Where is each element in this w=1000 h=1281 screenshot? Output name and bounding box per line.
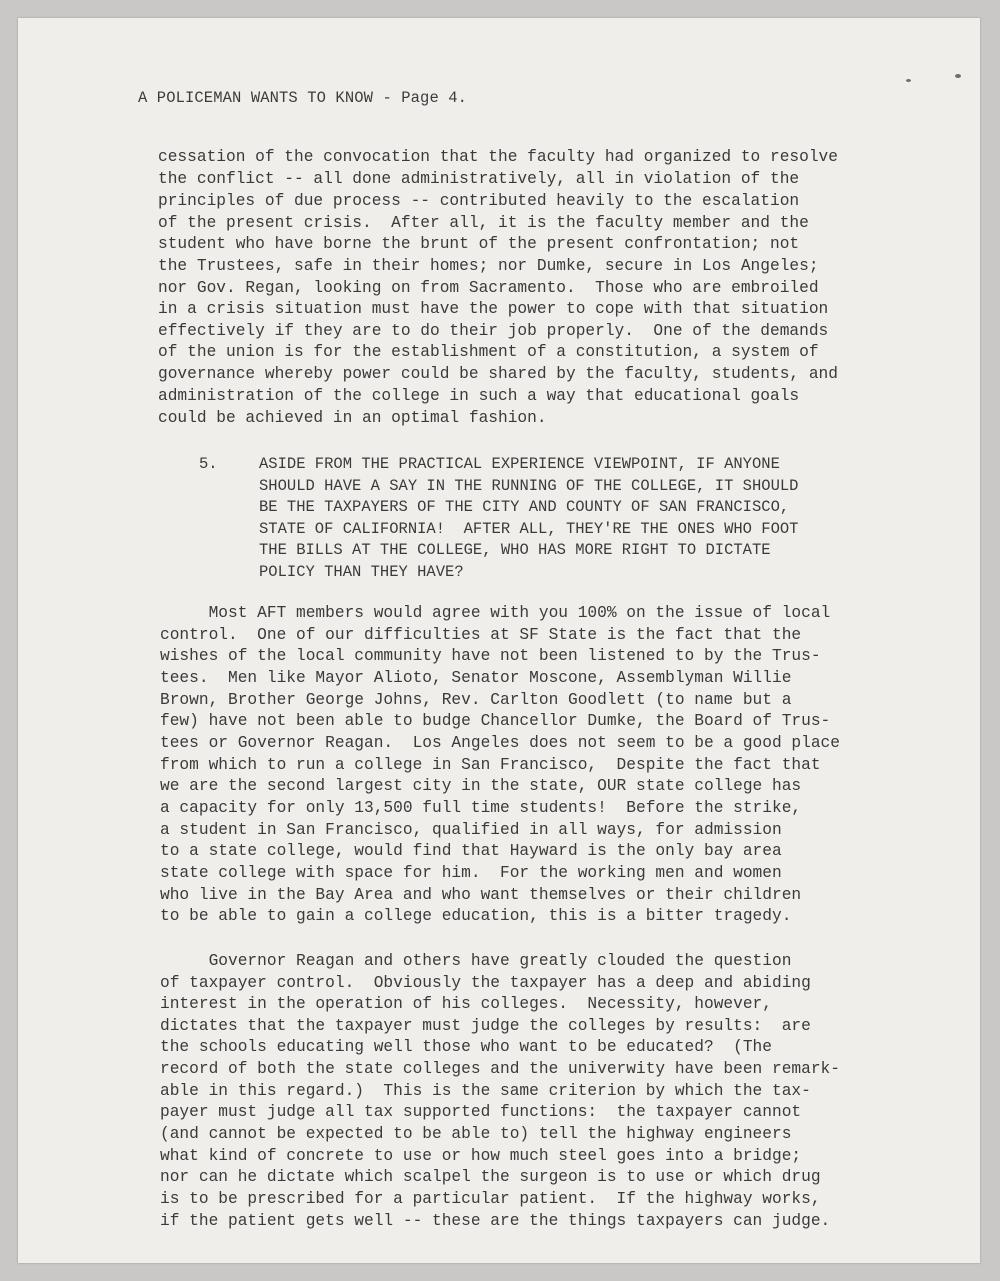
text-line: to a state college, would find that Hayw… — [160, 843, 782, 859]
text-line: nor Gov. Regan, looking on from Sacramen… — [158, 280, 819, 296]
text-line: of taxpayer control. Obviously the taxpa… — [160, 975, 811, 991]
text-line: tees or Governor Reagan. Los Angeles doe… — [160, 735, 840, 751]
text-line: who live in the Bay Area and who want th… — [160, 887, 801, 903]
text-line: payer must judge all tax supported funct… — [160, 1104, 801, 1120]
text-line: nor can he dictate which scalpel the sur… — [160, 1169, 821, 1185]
text-line: a student in San Francisco, qualified in… — [160, 822, 782, 838]
question-line: SHOULD HAVE A SAY IN THE RUNNING OF THE … — [259, 479, 799, 495]
question-line: STATE OF CALIFORNIA! AFTER ALL, THEY'RE … — [259, 522, 799, 538]
text-line: tees. Men like Mayor Alioto, Senator Mos… — [160, 670, 791, 686]
text-line: if the patient gets well -- these are th… — [160, 1213, 830, 1229]
text-line: cessation of the convocation that the fa… — [158, 149, 838, 165]
text-line: the schools educating well those who wan… — [160, 1039, 772, 1055]
text-line: in a crisis situation must have the powe… — [158, 301, 828, 317]
text-line: few) have not been able to budge Chancel… — [160, 713, 830, 729]
text-line: Governor Reagan and others have greatly … — [160, 953, 791, 969]
text-line: Brown, Brother George Johns, Rev. Carlto… — [160, 692, 791, 708]
text-line: a capacity for only 13,500 full time stu… — [160, 800, 801, 816]
text-line: from which to run a college in San Franc… — [160, 757, 821, 773]
question-line: BE THE TAXPAYERS OF THE CITY AND COUNTY … — [259, 500, 789, 516]
text-line: dictates that the taxpayer must judge th… — [160, 1018, 811, 1034]
text-line: able in this regard.) This is the same c… — [160, 1083, 811, 1099]
text-line: the Trustees, safe in their homes; nor D… — [158, 258, 819, 274]
text-line: to be able to gain a college education, … — [160, 908, 791, 924]
question-line: THE BILLS AT THE COLLEGE, WHO HAS MORE R… — [259, 543, 771, 559]
text-line: governance whereby power could be shared… — [158, 366, 838, 382]
question-number: 5. — [199, 457, 218, 473]
text-line: administration of the college in such a … — [158, 388, 799, 404]
ink-speck — [906, 79, 911, 82]
text-line: interest in the operation of his college… — [160, 996, 772, 1012]
text-line: of the union is for the establishment of… — [158, 344, 819, 360]
text-line: the conflict -- all done administrativel… — [158, 171, 799, 187]
text-line: state college with space for him. For th… — [160, 865, 782, 881]
text-line: (and cannot be expected to be able to) t… — [160, 1126, 791, 1142]
text-line: could be achieved in an optimal fashion. — [158, 410, 547, 426]
text-line: record of both the state colleges and th… — [160, 1061, 840, 1077]
text-line: is to be prescribed for a particular pat… — [160, 1191, 821, 1207]
ink-speck — [955, 74, 961, 78]
question-line: POLICY THAN THEY HAVE? — [259, 565, 464, 581]
text-line: wishes of the local community have not b… — [160, 648, 821, 664]
text-line: what kind of concrete to use or how much… — [160, 1148, 801, 1164]
text-line: principles of due process -- contributed… — [158, 193, 799, 209]
question-line: ASIDE FROM THE PRACTICAL EXPERIENCE VIEW… — [259, 457, 780, 473]
text-line: control. One of our difficulties at SF S… — [160, 627, 801, 643]
text-line: student who have borne the brunt of the … — [158, 236, 799, 252]
page-header: A POLICEMAN WANTS TO KNOW - Page 4. — [138, 89, 467, 107]
text-line: Most AFT members would agree with you 10… — [160, 605, 830, 621]
text-line: effectively if they are to do their job … — [158, 323, 828, 339]
text-line: of the present crisis. After all, it is … — [158, 215, 809, 231]
text-line: we are the second largest city in the st… — [160, 778, 801, 794]
